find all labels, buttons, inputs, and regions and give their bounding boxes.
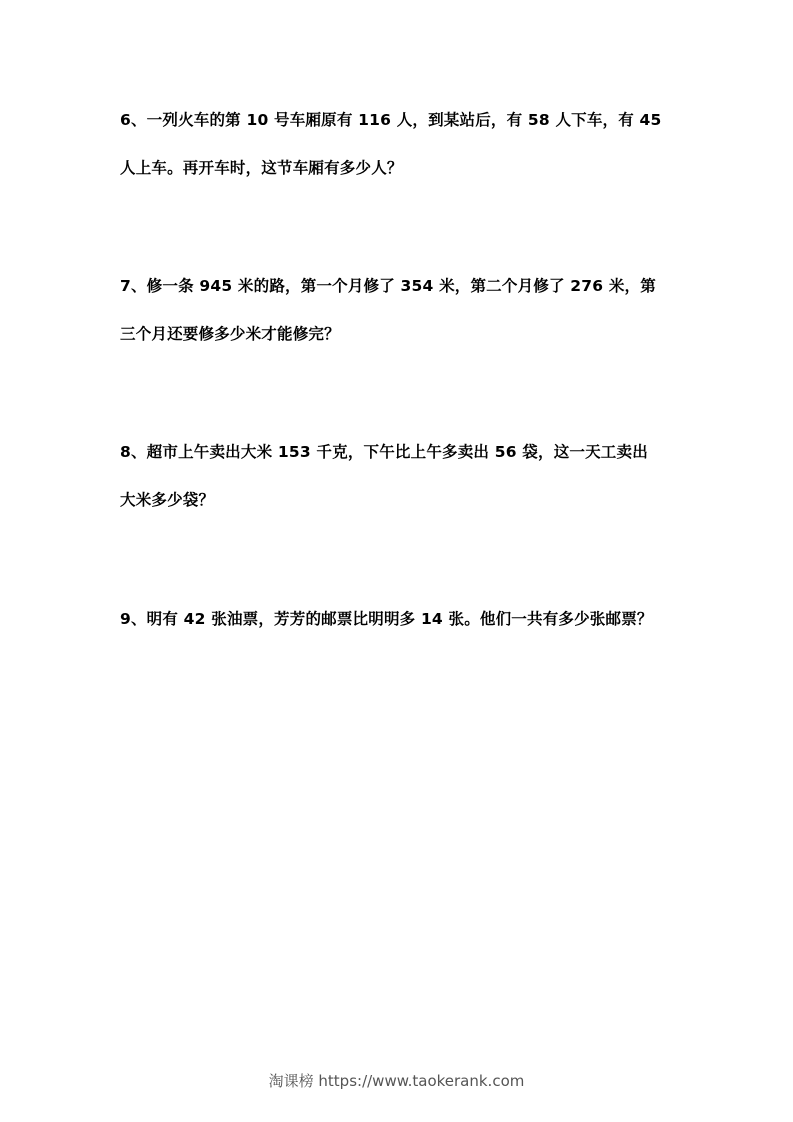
question-text: 8、超市上午卖出大米 153 千克，下午比上午多卖出 56 袋，这一天工卖出 [120,440,648,462]
question-text: 人上车。再开车时，这节车厢有多少人？ [120,156,403,178]
question-text: 大米多少袋？ [120,488,214,510]
question-text: 6、一列火车的第 10 号车厢原有 116 人，到某站后，有 58 人下车，有 … [120,108,662,130]
question-text: 9、明有 42 张油票，芳芳的邮票比明明多 14 张。他们一共有多少张邮票？ [120,607,653,629]
question-text: 7、修一条 945 米的路，第一个月修了 354 米，第二个月修了 276 米，… [120,274,656,296]
footer-watermark: 淘课榜 https://www.taokerank.com [0,1070,793,1091]
question-text: 三个月还要修多少米才能修完？ [120,322,340,344]
